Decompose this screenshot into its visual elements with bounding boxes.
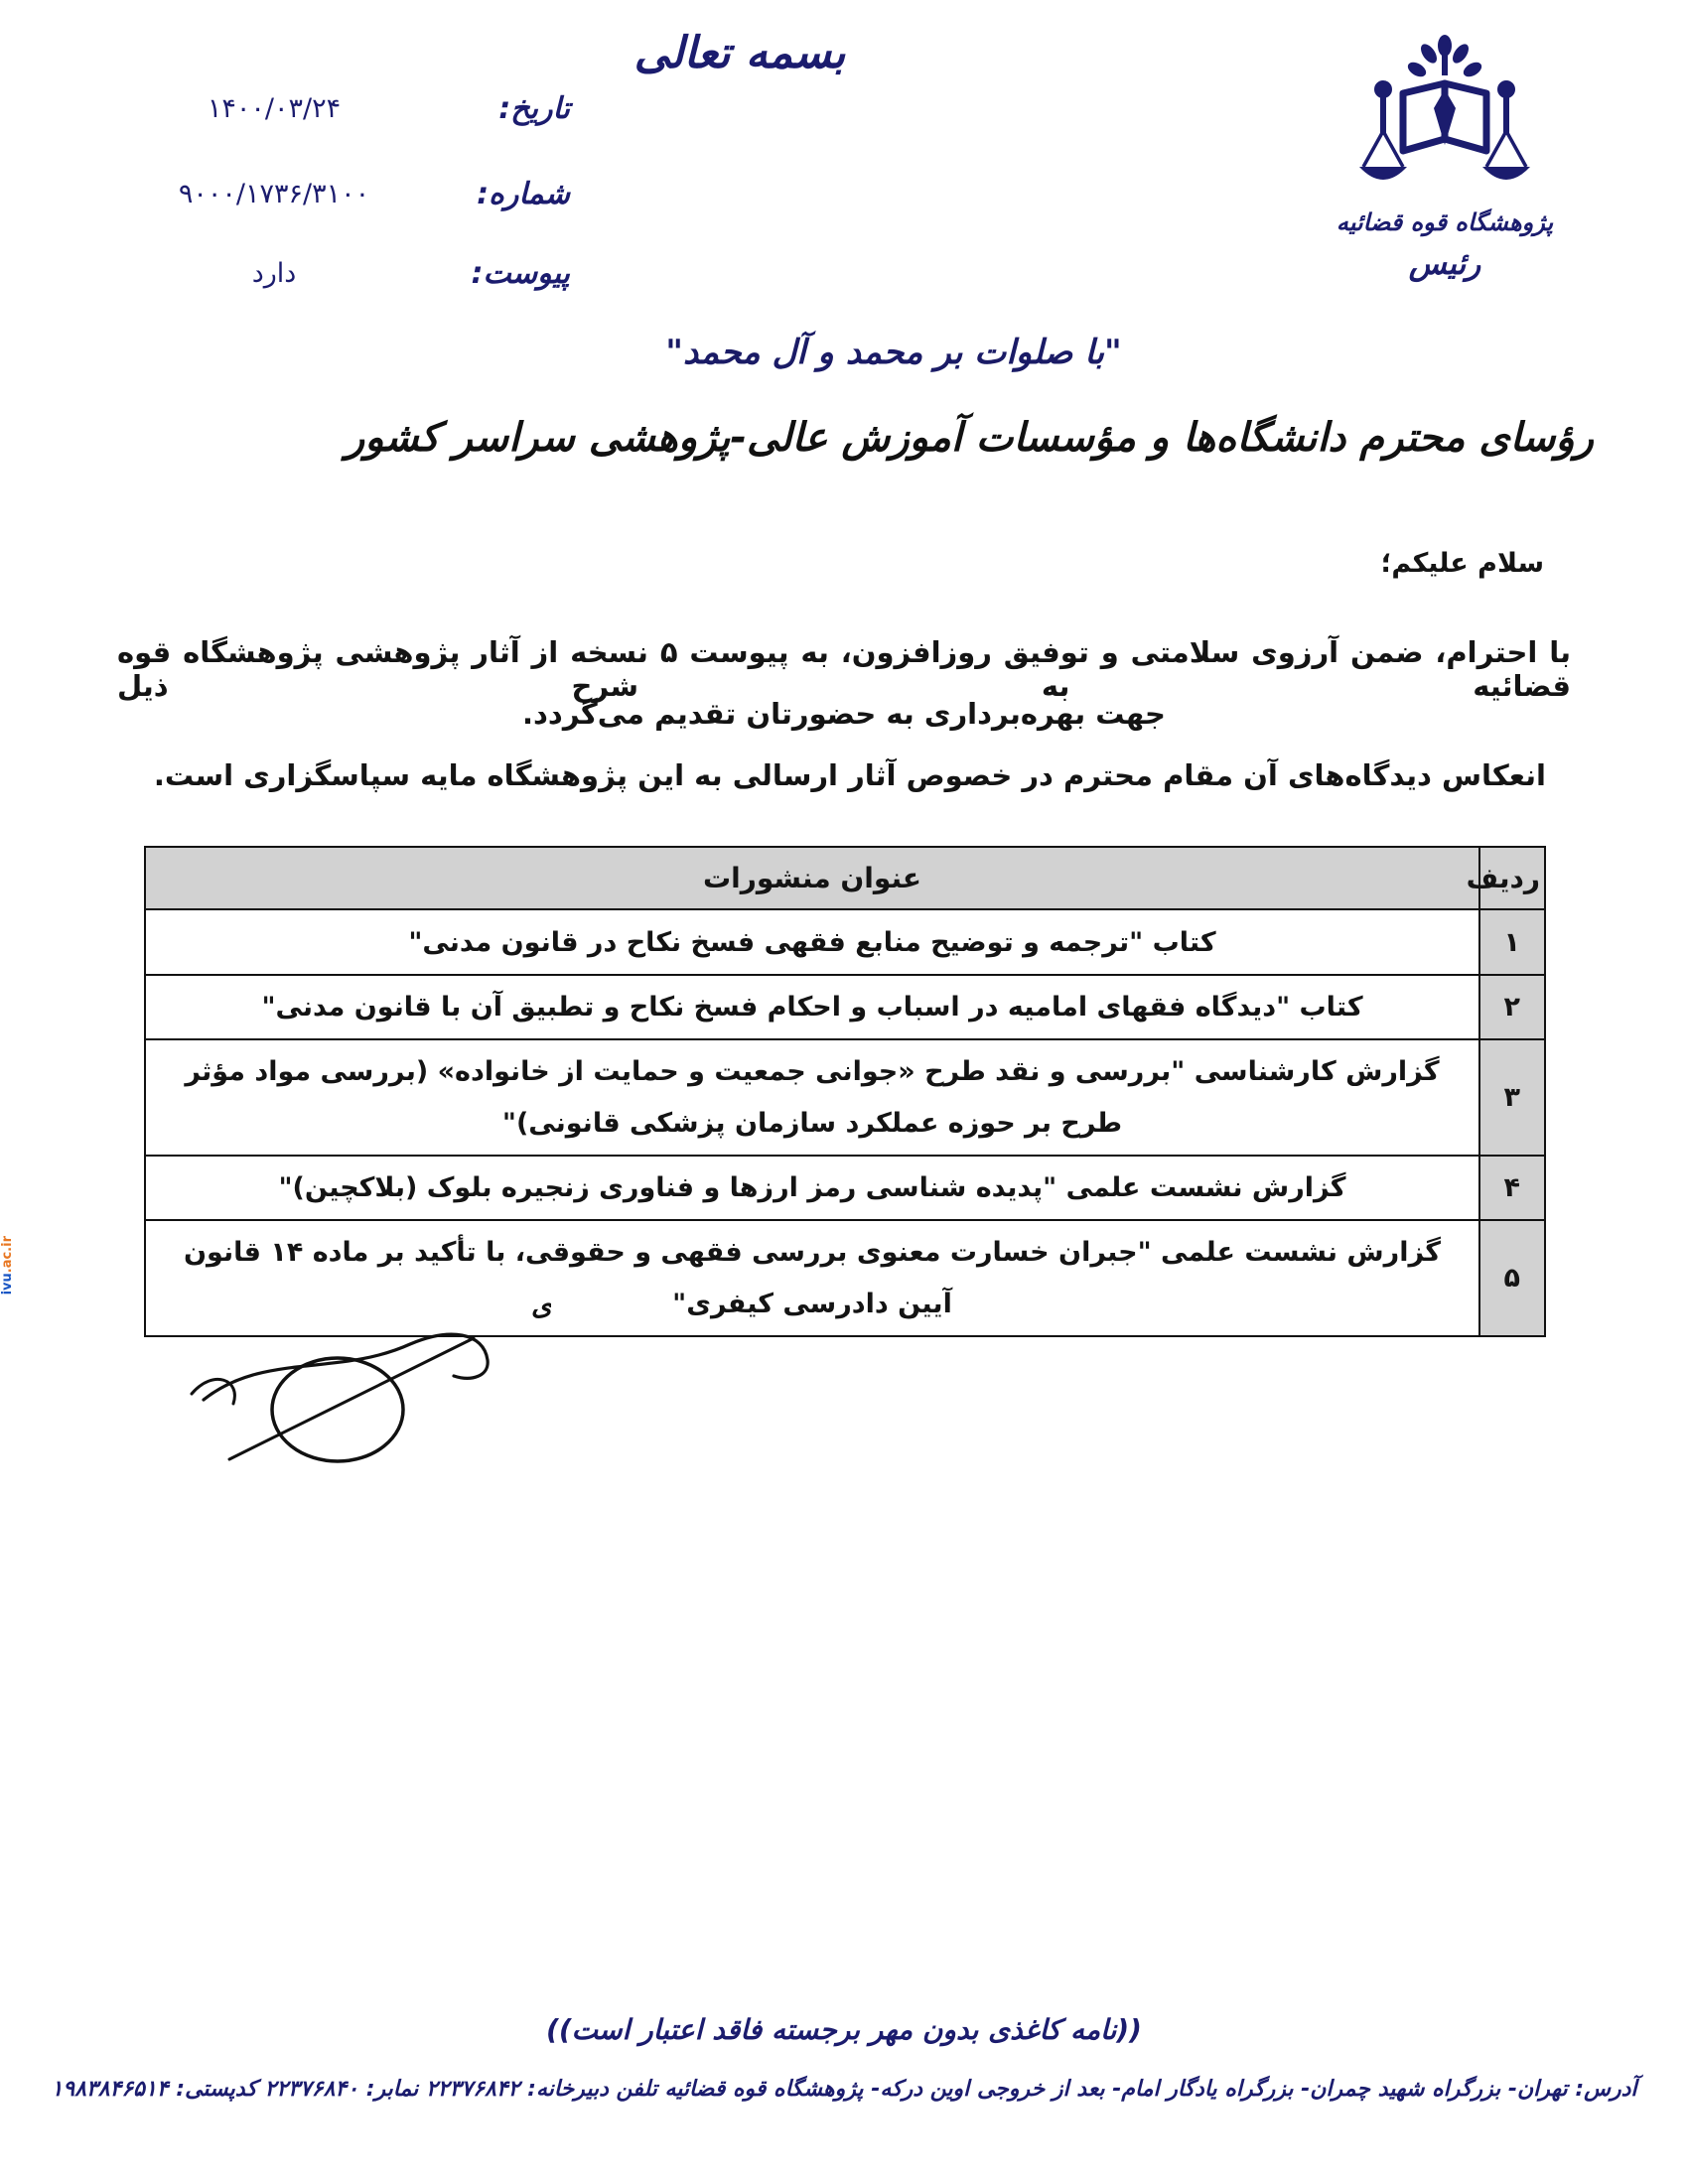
- title-cell: کتاب "دیدگاه فقهای امامیه در اسباب و احک…: [145, 975, 1479, 1039]
- table-row: ۲ کتاب "دیدگاه فقهای امامیه در اسباب و ا…: [145, 975, 1545, 1039]
- row-number-cell: ۴: [1479, 1156, 1545, 1220]
- addressee-line: رؤسای محترم دانشگاه‌ها و مؤسسات آموزش عا…: [346, 415, 1594, 461]
- date-label: تاریخ:: [461, 91, 570, 126]
- date-value: ۱۴۰۰/۰۳/۲۴: [87, 93, 461, 124]
- handwritten-signature: سید حجت‌اله علم‌الهدی: [134, 1273, 551, 1471]
- row-number-header: ردیف: [1479, 847, 1545, 909]
- besmellah-calligraphy: بسمه تعالی: [551, 28, 928, 78]
- title-cell: گزارش نشست علمی "پدیده شناسی رمز ارزها و…: [145, 1156, 1479, 1220]
- meta-number-row: شماره: ۹۰۰۰/۱۷۳۶/۳۱۰۰: [87, 177, 570, 211]
- body-paragraph2: انعکاس دیدگاه‌های آن مقام محترم در خصوص …: [154, 758, 1546, 792]
- row-number-cell: ۱: [1479, 909, 1545, 975]
- logo-head-title: رئیس: [1306, 246, 1584, 282]
- watermark-part2: .ac.ir: [0, 1236, 15, 1273]
- publications-table: ردیف عنوان منشورات ۱ کتاب "ترجمه و توضیح…: [144, 846, 1546, 1337]
- row-number-cell: ۳: [1479, 1039, 1545, 1156]
- body-paragraph-line1: با احترام، ضمن آرزوی سلامتی و توفیق روزا…: [117, 635, 1571, 703]
- table-row: ۱ کتاب "ترجمه و توضیح منابع فقهی فسخ نکا…: [145, 909, 1545, 975]
- body-paragraph-line2: جهت بهره‌برداری به حضورتان تقدیم می‌گردد…: [0, 697, 1688, 731]
- site-watermark: ivu.ac.ir: [0, 1236, 15, 1295]
- attachment-label: پیوست:: [461, 256, 570, 291]
- footer-address-line: آدرس: تهران- بزرگراه شهید چمران- بزرگراه…: [0, 2077, 1688, 2102]
- table-header-row: ردیف عنوان منشورات: [145, 847, 1545, 909]
- row-number-cell: ۲: [1479, 975, 1545, 1039]
- number-value: ۹۰۰۰/۱۷۳۶/۳۱۰۰: [87, 179, 461, 209]
- attachment-value: دارد: [87, 258, 461, 289]
- salavat-calligraphy: "با صلوات بر محمد و آل محمد": [596, 333, 1192, 372]
- title-cell: کتاب "ترجمه و توضیح منابع فقهی فسخ نکاح …: [145, 909, 1479, 975]
- row-number-cell: ۵: [1479, 1220, 1545, 1336]
- title-cell: گزارش کارشناسی "بررسی و نقد طرح «جوانی ج…: [145, 1039, 1479, 1156]
- title-header: عنوان منشورات: [145, 847, 1479, 909]
- letter-page: تاریخ: ۱۴۰۰/۰۳/۲۴ شماره: ۹۰۰۰/۱۷۳۶/۳۱۰۰ …: [0, 0, 1688, 2184]
- signatory-name: سید حجت‌اله علم‌الهدی: [531, 1291, 551, 1322]
- judiciary-research-institute-logo: پژوهشگاه قوه قضائیه رئیس: [1306, 32, 1584, 282]
- footer-validity-notice: ((نامه کاغذی بدون مهر برجسته فاقد اعتبار…: [0, 2013, 1688, 2046]
- logo-org-name: پژوهشگاه قوه قضائیه: [1306, 208, 1584, 236]
- table-row: ۴ گزارش نشست علمی "پدیده شناسی رمز ارزها…: [145, 1156, 1545, 1220]
- table-row: ۳ گزارش کارشناسی "بررسی و نقد طرح «جوانی…: [145, 1039, 1545, 1156]
- greeting-line: سلام علیکم؛: [1381, 548, 1544, 579]
- watermark-part1: ivu: [0, 1273, 15, 1295]
- meta-attachment-row: پیوست: دارد: [87, 256, 570, 291]
- meta-date-row: تاریخ: ۱۴۰۰/۰۳/۲۴: [87, 91, 570, 126]
- number-label: شماره:: [461, 177, 570, 211]
- scales-and-book-emblem-icon: [1345, 32, 1544, 208]
